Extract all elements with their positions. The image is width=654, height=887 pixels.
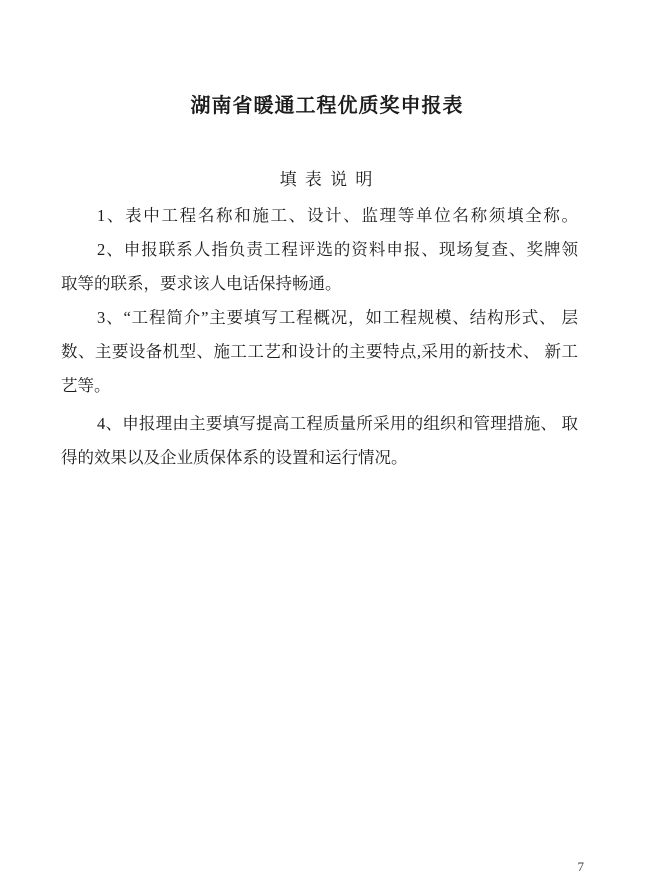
instruction-line: 得的效果以及企业质保体系的设置和运行情况。 [61,441,578,475]
instruction-item-3: 3、“工程简介”主要填写工程概况，如工程规模、结构形式、 层 数、主要设备机型、… [61,301,578,403]
instruction-line: 数、主要设备机型、施工工艺和设计的主要特点,采用的新技术、 新工 [61,335,578,369]
instruction-line: 艺等。 [61,369,578,403]
instruction-line: 3、“工程简介”主要填写工程概况，如工程规模、结构形式、 层 [61,301,578,335]
instruction-item-4: 4、申报理由主要填写提高工程质量所采用的组织和管理措施、 取 得的效果以及企业质… [61,407,578,475]
document-title: 湖南省暖通工程优质奖申报表 [0,95,654,117]
instruction-line: 2、申报联系人指负责工程评选的资料申报、现场复查、奖牌领 [61,233,578,267]
instruction-line: 取等的联系，要求该人电话保持畅通。 [61,267,578,301]
section-heading: 填 表 说 明 [0,170,654,190]
instruction-line: 4、申报理由主要填写提高工程质量所采用的组织和管理措施、 取 [61,407,578,441]
page-number: 7 [578,859,585,874]
instruction-line: 1、表中工程名称和施工、设计、监理等单位名称须填全称。 [61,199,578,233]
instructions-block: 1、表中工程名称和施工、设计、监理等单位名称须填全称。 2、申报联系人指负责工程… [61,199,578,475]
instruction-item-1: 1、表中工程名称和施工、设计、监理等单位名称须填全称。 [61,199,578,233]
instruction-item-2: 2、申报联系人指负责工程评选的资料申报、现场复查、奖牌领 取等的联系，要求该人电… [61,233,578,301]
document-page: 湖南省暖通工程优质奖申报表 填 表 说 明 1、表中工程名称和施工、设计、监理等… [0,0,654,887]
